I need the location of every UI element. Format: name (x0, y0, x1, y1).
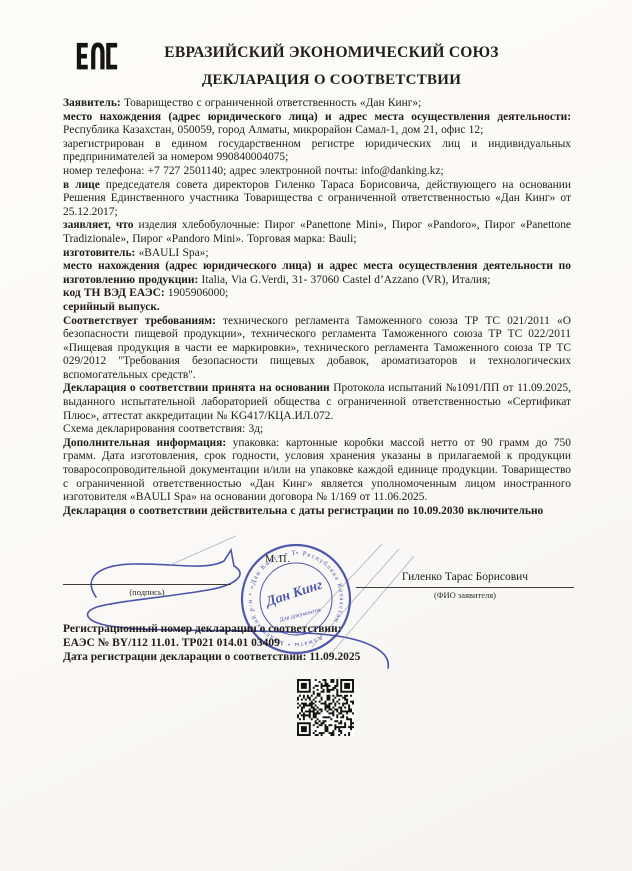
registration-number-label: Регистрационный номер декларации о соотв… (63, 623, 360, 637)
union-title: ЕВРАЗИЙСКИЙ ЭКОНОМИЧЕСКИЙ СОЮЗ (93, 44, 570, 62)
paragraph-address: место нахождения (адрес юридического лиц… (63, 111, 571, 138)
page-title: ДЕКЛАРАЦИЯ О СООТВЕТСТВИИ (93, 72, 570, 89)
stamp-sub-text: Для документов (279, 606, 322, 623)
document-header: ЕВРАЗИЙСКИЙ ЭКОНОМИЧЕСКИЙ СОЮЗ ДЕКЛАРАЦИ… (63, 44, 570, 89)
applicant-name: Гиленко Тарас Борисович (356, 571, 574, 583)
paper-noise (40, 60, 41, 61)
paragraph-additional-info: Дополнительная информация: упаковка: кар… (63, 437, 571, 505)
paragraph-basis: Декларация о соответствии принята на осн… (63, 382, 571, 423)
stamp-place-label: М.П. (265, 554, 291, 565)
applicant-name-caption: (ФИО заявителя) (356, 590, 574, 600)
paragraph-products: заявляет, что изделия хлебобулочные: Пир… (63, 219, 571, 246)
signature-caption: (подпись) (63, 587, 231, 597)
registration-block: Регистрационный номер декларации о соотв… (63, 623, 360, 665)
paragraph-applicant: Заявитель: Товарищество с ограниченной о… (63, 97, 571, 111)
registration-number: ЕАЭС № BY/112 11.01. ТР021 014.01 03409 (63, 637, 360, 651)
qr-code (297, 679, 354, 736)
paragraph-validity: Декларация о соответствии действительна … (63, 505, 571, 519)
paragraph-scheme: Схема декларирования соответствия: 3д; (63, 423, 571, 437)
stamp-center-text: Дан Кинг (262, 578, 324, 611)
paragraph-manufacturer: изготовитель: «BAULI Spa»; (63, 247, 571, 261)
declaration-document: ЕВРАЗИЙСКИЙ ЭКОНОМИЧЕСКИЙ СОЮЗ ДЕКЛАРАЦИ… (0, 0, 632, 871)
paragraph-tnved-code: код ТН ВЭД ЕАЭС: 1905906000; (63, 287, 571, 301)
registration-date: Дата регистрации декларации о соответств… (63, 651, 360, 665)
document-body: Заявитель: Товарищество с ограниченной о… (63, 97, 571, 518)
paragraph-contacts: номер телефона: +7 727 2501140; адрес эл… (63, 165, 571, 179)
paragraph-serial: серийный выпуск. (63, 301, 571, 315)
paragraph-manufacturer-address: место нахождения (адрес юридического лиц… (63, 260, 571, 287)
paragraph-representative: в лице председателя совета директоров Ги… (63, 179, 571, 220)
paragraph-registration-number: зарегистрирован в едином государственном… (63, 138, 571, 165)
paragraph-requirements: Соответствует требованиям: технического … (63, 315, 571, 383)
applicant-name-line (356, 587, 574, 588)
signature-line (63, 584, 231, 585)
